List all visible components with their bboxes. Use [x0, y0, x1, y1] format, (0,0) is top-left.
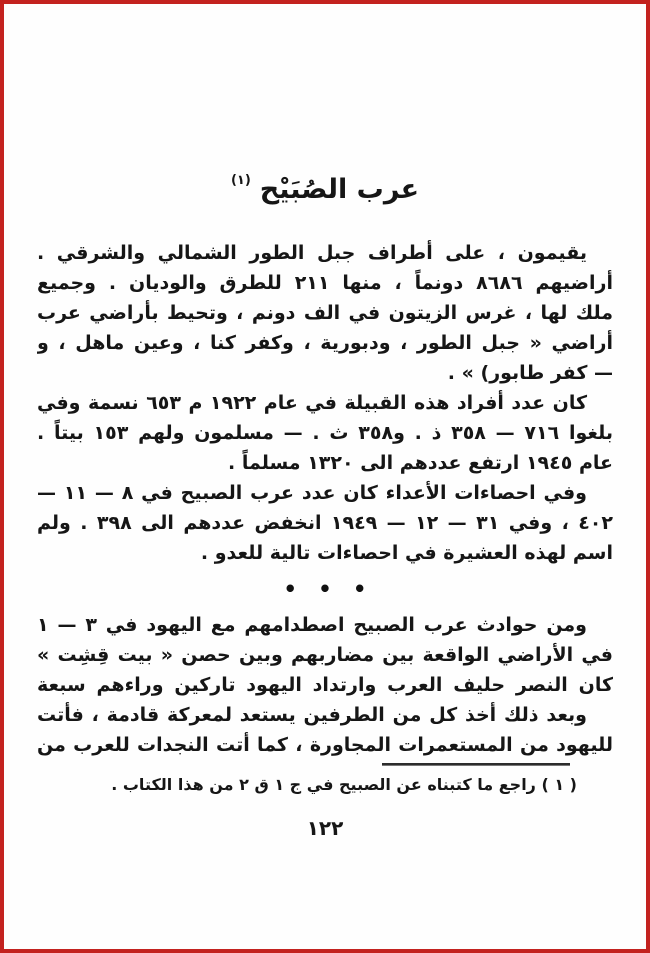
paragraph-line: ومن حوادث عرب الصبيح اصطدامهم مع اليهود …: [37, 610, 613, 640]
paragraph-line: ملك لها ، غرس الزيتون في الف دونم ، وتحي…: [37, 298, 613, 328]
section-separator-dots: • • •: [37, 568, 613, 610]
paragraph: كان عدد أفراد هذه القبيلة في عام ١٩٢٢ م …: [37, 388, 613, 478]
body-text: يقيمون ، على أطراف جبل الطور الشمالي وال…: [37, 238, 613, 760]
paragraph-line: كان النصر حليف العرب وارتداد اليهود تارك…: [37, 670, 613, 700]
paragraph-line: يقيمون ، على أطراف جبل الطور الشمالي وال…: [37, 238, 613, 268]
paragraph-line: وفي احصاءات الأعداء كان عدد عرب الصبيح ف…: [37, 478, 613, 508]
paragraph-line: لليهود من المستعمرات المجاورة ، كما أتت …: [37, 730, 613, 760]
title-footnote-marker: (١): [231, 173, 251, 188]
paragraph-line: وبعد ذلك أخذ كل من الطرفين يستعد لمعركة …: [37, 700, 613, 730]
paragraph: وبعد ذلك أخذ كل من الطرفين يستعد لمعركة …: [37, 700, 613, 760]
paragraph-line: — كفر طابور) » .: [37, 358, 613, 388]
paragraph-line: ٤٠٢ ، وفي ٣١ — ١٢ — ١٩٤٩ انخفض عددهم الى…: [37, 508, 613, 538]
scanned-book-page: عرب الصُبَيْح(١) يقيمون ، على أطراف جبل …: [0, 0, 650, 953]
footnote-text: ( ١ ) راجع ما كتبناه عن الصبيح في ج ١ ق …: [37, 772, 613, 798]
paragraph-line: أراضي « جبل الطور ، ودبورية ، وكفر كنا ،…: [37, 328, 613, 358]
paragraph: ومن حوادث عرب الصبيح اصطدامهم مع اليهود …: [37, 610, 613, 700]
paragraph-line: أراضيهم ٨٦٨٦ دونماً ، منها ٢١١ للطرق وال…: [37, 268, 613, 298]
title-text: عرب الصُبَيْح: [260, 174, 419, 205]
paragraph-line: بلغوا ٧١٦ — ٣٥٨ ذ . و٣٥٨ ث . — مسلمون ول…: [37, 418, 613, 448]
page-title: عرب الصُبَيْح(١): [37, 164, 613, 198]
paragraph-line: كان عدد أفراد هذه القبيلة في عام ١٩٢٢ م …: [37, 388, 613, 418]
page-content: عرب الصُبَيْح(١) يقيمون ، على أطراف جبل …: [4, 164, 646, 840]
page-number: ١٢٢: [37, 816, 613, 840]
paragraph-line: عام ١٩٤٥ ارتفع عددهم الى ١٣٢٠ مسلماً .: [37, 448, 613, 478]
paragraph-line: اسم لهذه العشيرة في احصاءات تالية للعدو …: [37, 538, 613, 568]
paragraph: وفي احصاءات الأعداء كان عدد عرب الصبيح ف…: [37, 478, 613, 568]
footnote-divider: [382, 763, 570, 766]
paragraph-line: في الأراضي الواقعة بين مضاربهم وبين حصن …: [37, 640, 613, 670]
paragraph: يقيمون ، على أطراف جبل الطور الشمالي وال…: [37, 238, 613, 388]
